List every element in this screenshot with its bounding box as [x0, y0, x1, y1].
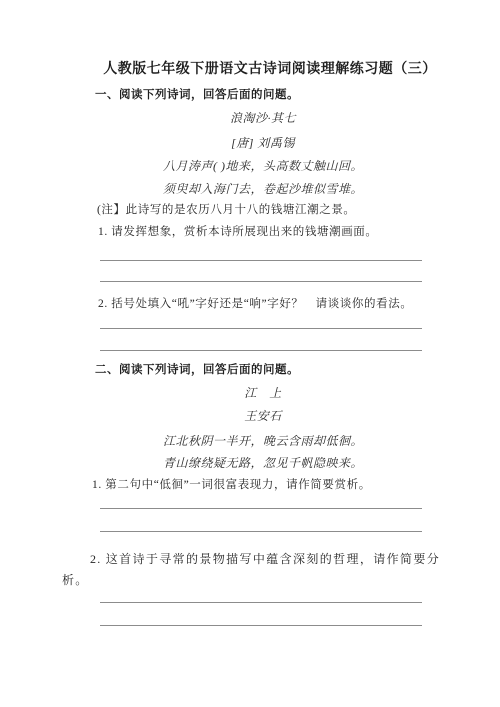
answer-line [100, 625, 422, 626]
poem-1-line: 须臾却入海门去，卷起沙堆似雪堆。 [63, 182, 463, 197]
poem-1-line: 八月涛声( )地来，头高数丈触山回。 [63, 159, 463, 174]
poem-2-line: 江北秋阴一半开，晚云含雨却低徊。 [63, 434, 463, 449]
answer-line [100, 260, 422, 261]
poem-2-title: 江 上 [63, 386, 463, 401]
section-2-question-1: 1. 第二句中“低徊”一词很富表现力，请作简要赏析。 [92, 478, 371, 492]
section-1-heading: 一、阅读下列诗词，回答后面的问题。 [95, 88, 299, 102]
answer-line [100, 350, 422, 351]
section-2-heading: 二、阅读下列诗词，回答后面的问题。 [95, 363, 299, 377]
poem-2-line: 青山缭绕疑无路，忽见千帆隐映来。 [63, 456, 463, 471]
section-1-question-1: 1. 请发挥想象，赏析本诗所展现出来的钱塘潮画面。 [98, 225, 378, 239]
poem-1-title: 浪淘沙·其七 [63, 111, 463, 126]
poem-1-author: [唐] 刘禹锡 [63, 136, 463, 151]
document-page: 人教版七年级下册语文古诗词阅读理解练习题（三） 一、阅读下列诗词，回答后面的问题… [0, 0, 500, 707]
poem-2-author: 王安石 [63, 409, 463, 424]
section-1-question-2: 2. 括号处填入“吼”字好还是“响”字好？ 请谈谈你的看法。 [98, 297, 412, 311]
page-title: 人教版七年级下册语文古诗词阅读理解练习题（三） [70, 60, 470, 78]
answer-line [100, 602, 422, 603]
answer-line [100, 281, 422, 282]
answer-line [100, 328, 422, 329]
section-2-question-2: 2. 这首诗于寻常的景物描写中蕴含深刻的哲理，请作简要分析。 [62, 549, 440, 591]
poem-1-note: (注】此诗写的是农历八月十八的钱塘江潮之景。 [97, 203, 356, 217]
answer-line [100, 531, 422, 532]
answer-line [100, 508, 422, 509]
